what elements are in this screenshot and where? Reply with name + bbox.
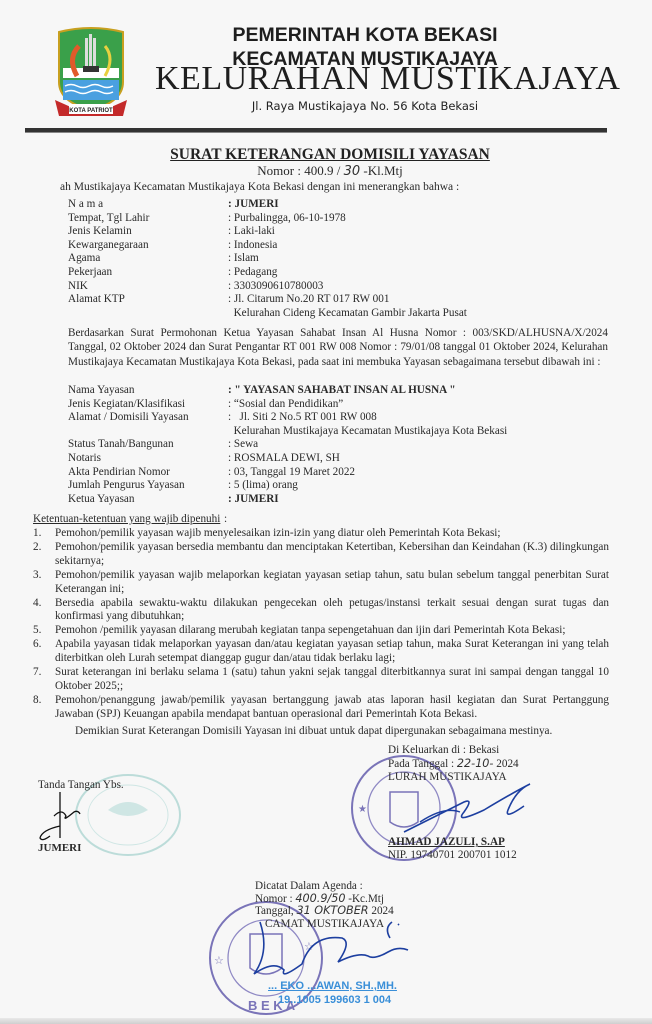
detail-label: Alamat KTP bbox=[68, 293, 228, 307]
basis-paragraph: Berdasarkan Surat Permohonan Ketua Yayas… bbox=[68, 326, 608, 369]
rule-item: 2.Pemohon/pemilik yayasan bersedia memba… bbox=[33, 541, 609, 569]
agenda-block: Dicatat Dalam Agenda : Nomor : 400.9/50 … bbox=[255, 880, 394, 930]
rule-item: 8.Pemohon/penanggung jawab/pemilik yayas… bbox=[33, 694, 609, 722]
detail-row: Notaris: ROSMALA DEWI, SH bbox=[68, 452, 507, 466]
header-kelurahan: KELURAHAN MUSTIKAJAYA bbox=[155, 60, 575, 98]
nomor-handwritten: 30 bbox=[344, 164, 361, 179]
detail-value: : 5 (lima) orang bbox=[228, 479, 298, 493]
header-divider bbox=[25, 128, 607, 133]
rule-item: 5.Pemohon /pemilik yayasan dilarang meru… bbox=[33, 624, 609, 638]
rule-number: 5. bbox=[33, 624, 55, 638]
detail-label: N a m a bbox=[68, 198, 228, 212]
detail-row: Pekerjaan: Pedagang bbox=[68, 266, 467, 280]
camat-name: ... EKO ...AWAN, SH.,MH. bbox=[268, 980, 397, 992]
detail-label: Ketua Yayasan bbox=[68, 493, 228, 507]
detail-row: Jumlah Pengurus Yayasan: 5 (lima) orang bbox=[68, 479, 507, 493]
detail-value: : Purbalingga, 06-10-1978 bbox=[228, 212, 346, 226]
svg-text:☆: ☆ bbox=[214, 955, 224, 967]
rule-text: Apabila yayasan tidak melaporkan yayasan… bbox=[55, 638, 609, 666]
rule-item: 4.Bersedia apabila sewaktu-waktu dilakuk… bbox=[33, 597, 609, 625]
detail-label: Tempat, Tgl Lahir bbox=[68, 212, 228, 226]
detail-label: Akta Pendirian Nomor bbox=[68, 466, 228, 480]
rules-heading: Ketentuan-ketentuan yang wajib dipenuhi bbox=[33, 513, 220, 525]
detail-row: Agama: Islam bbox=[68, 252, 467, 266]
header-address: Jl. Raya Mustikajaya No. 56 Kota Bekasi bbox=[200, 99, 530, 113]
rule-number: 6. bbox=[33, 638, 55, 666]
rule-text: Pemohon/penanggung jawab/pemilik yayasan… bbox=[55, 694, 609, 722]
lurah-position: LURAH MUSTIKAJAYA bbox=[388, 771, 519, 784]
detail-row: Akta Pendirian Nomor: 03, Tanggal 19 Mar… bbox=[68, 466, 507, 480]
camat-position: CAMAT MUSTIKAJAYA bbox=[255, 918, 394, 931]
rule-text: Bersedia apabila sewaktu-waktu dilakukan… bbox=[55, 597, 609, 625]
header-government: PEMERINTAH KOTA BEKASI bbox=[200, 24, 530, 47]
issued-place: Di Keluarkan di : Bekasi bbox=[388, 744, 519, 757]
detail-row: Ketua Yayasan: JUMERI bbox=[68, 493, 507, 507]
issuance-block: Di Keluarkan di : Bekasi Pada Tanggal : … bbox=[388, 744, 519, 784]
rule-number: 8. bbox=[33, 694, 55, 722]
rule-text: Pemohon /pemilik yayasan dilarang meruba… bbox=[55, 624, 609, 638]
applicant-signature bbox=[36, 790, 86, 844]
detail-row: Alamat KTP: Jl. Citarum No.20 RT 017 RW … bbox=[68, 293, 467, 307]
rule-text: Pemohon/pemilik yayasan wajib melaporkan… bbox=[55, 569, 609, 597]
lurah-name: AHMAD JAZULI, S.AP bbox=[388, 836, 505, 848]
rules-heading-colon: : bbox=[224, 513, 227, 525]
rule-item: 7.Surat keterangan ini berlaku selama 1 … bbox=[33, 666, 609, 694]
detail-label: Alamat / Domisili Yayasan bbox=[68, 411, 228, 425]
issued-date: Pada Tanggal : 22-10- 2024 bbox=[388, 757, 519, 771]
rule-item: 3.Pemohon/pemilik yayasan wajib melapork… bbox=[33, 569, 609, 597]
rules-list: 1.Pemohon/pemilik yayasan wajib menyeles… bbox=[33, 527, 609, 722]
lurah-signature bbox=[400, 782, 540, 842]
page-bottom-edge bbox=[0, 1018, 652, 1024]
document-title: SURAT KETERANGAN DOMISILI YAYASAN bbox=[100, 146, 560, 164]
rule-item: 6.Apabila yayasan tidak melaporkan yayas… bbox=[33, 638, 609, 666]
svg-text:★: ★ bbox=[358, 804, 367, 815]
detail-label: Agama bbox=[68, 252, 228, 266]
svg-text:☆: ☆ bbox=[304, 941, 314, 953]
detail-label: Notaris bbox=[68, 452, 228, 466]
document-number: Nomor : 400.9 / 30 -Kl.Mtj bbox=[200, 163, 460, 179]
detail-label: Kewarganegaraan bbox=[68, 239, 228, 253]
detail-value: : " YAYASAN SAHABAT INSAN AL HUSNA " bbox=[228, 384, 456, 398]
nomor-suffix: -Kl.Mtj bbox=[363, 163, 402, 178]
detail-value: : JUMERI bbox=[228, 198, 279, 212]
detail-row: NIK: 3303090610780003 bbox=[68, 280, 467, 294]
detail-label bbox=[68, 425, 228, 439]
detail-label: NIK bbox=[68, 280, 228, 294]
detail-label bbox=[68, 307, 228, 321]
detail-label: Nama Yayasan bbox=[68, 384, 228, 398]
detail-label: Jenis Kelamin bbox=[68, 225, 228, 239]
rule-number: 2. bbox=[33, 541, 55, 569]
detail-label: Pekerjaan bbox=[68, 266, 228, 280]
detail-row: Jenis Kegiatan/Klasifikasi: “Sosial dan … bbox=[68, 398, 507, 412]
detail-value: : “Sosial dan Pendidikan” bbox=[228, 398, 343, 412]
rule-number: 3. bbox=[33, 569, 55, 597]
detail-row: Kelurahan Mustikajaya Kecamatan Mustikaj… bbox=[68, 425, 507, 439]
closing-text: Demikian Surat Keterangan Domisili Yayas… bbox=[75, 725, 552, 737]
camat-nip: 19..1005 199603 1 004 bbox=[278, 994, 391, 1006]
detail-value: : Jl. Siti 2 No.5 RT 001 RW 008 bbox=[228, 411, 377, 425]
agenda-tanggal: Tanggal, 31 OKTOBER 2024 bbox=[255, 905, 394, 918]
applicant-signature-label: Tanda Tangan Ybs. bbox=[38, 779, 124, 791]
detail-row: Tempat, Tgl Lahir: Purbalingga, 06-10-19… bbox=[68, 212, 467, 226]
detail-value: : ROSMALA DEWI, SH bbox=[228, 452, 340, 466]
rule-text: Pemohon/pemilik yayasan bersedia membant… bbox=[55, 541, 609, 569]
detail-value: : 03, Tanggal 19 Maret 2022 bbox=[228, 466, 355, 480]
rule-number: 7. bbox=[33, 666, 55, 694]
rule-number: 1. bbox=[33, 527, 55, 541]
detail-value: : Laki-laki bbox=[228, 225, 275, 239]
detail-row: Kelurahan Cideng Kecamatan Gambir Jakart… bbox=[68, 307, 467, 321]
detail-label: Jenis Kegiatan/Klasifikasi bbox=[68, 398, 228, 412]
kota-bekasi-logo: KOTA PATRIOT bbox=[53, 24, 129, 120]
detail-value: : Indonesia bbox=[228, 239, 277, 253]
applicant-details: N a m a: JUMERITempat, Tgl Lahir: Purbal… bbox=[68, 198, 467, 320]
detail-row: Alamat / Domisili Yayasan: Jl. Siti 2 No… bbox=[68, 411, 507, 425]
svg-text:KOTA PATRIOT: KOTA PATRIOT bbox=[69, 108, 113, 114]
detail-row: Nama Yayasan: " YAYASAN SAHABAT INSAN AL… bbox=[68, 384, 507, 398]
detail-row: N a m a: JUMERI bbox=[68, 198, 467, 212]
nomor-prefix: Nomor : 400.9 / bbox=[257, 163, 340, 178]
rule-item: 1.Pemohon/pemilik yayasan wajib menyeles… bbox=[33, 527, 609, 541]
lurah-nip: NIP. 19740701 200701 1012 bbox=[388, 849, 517, 861]
detail-value: : Pedagang bbox=[228, 266, 277, 280]
rule-number: 4. bbox=[33, 597, 55, 625]
detail-value: Kelurahan Cideng Kecamatan Gambir Jakart… bbox=[228, 307, 467, 321]
detail-value: : Islam bbox=[228, 252, 259, 266]
rule-text: Surat keterangan ini berlaku selama 1 (s… bbox=[55, 666, 609, 694]
rule-text: Pemohon/pemilik yayasan wajib menyelesai… bbox=[55, 527, 609, 541]
detail-value: : Jl. Citarum No.20 RT 017 RW 001 bbox=[228, 293, 389, 307]
detail-value: : JUMERI bbox=[228, 493, 279, 507]
intro-text: ah Mustikajaya Kecamatan Mustikajaya Kot… bbox=[60, 181, 459, 193]
detail-row: Status Tanah/Bangunan: Sewa bbox=[68, 438, 507, 452]
detail-row: Jenis Kelamin: Laki-laki bbox=[68, 225, 467, 239]
detail-value: : 3303090610780003 bbox=[228, 280, 323, 294]
detail-value: : Sewa bbox=[228, 438, 258, 452]
detail-row: Kewarganegaraan: Indonesia bbox=[68, 239, 467, 253]
detail-label: Status Tanah/Bangunan bbox=[68, 438, 228, 452]
detail-value: Kelurahan Mustikajaya Kecamatan Mustikaj… bbox=[228, 425, 507, 439]
yayasan-details: Nama Yayasan: " YAYASAN SAHABAT INSAN AL… bbox=[68, 384, 507, 506]
applicant-signature-name: JUMERI bbox=[38, 842, 81, 854]
detail-label: Jumlah Pengurus Yayasan bbox=[68, 479, 228, 493]
